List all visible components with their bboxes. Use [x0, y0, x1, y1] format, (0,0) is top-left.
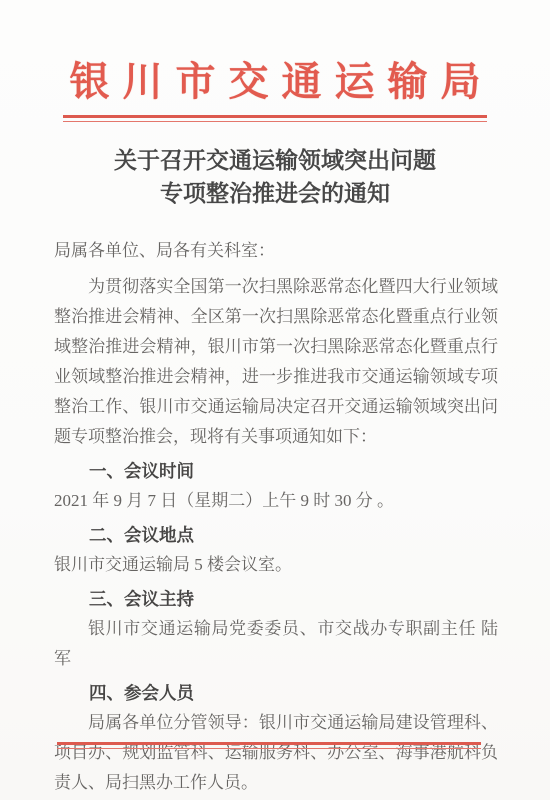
document-page: 银川市交通运输局 关于召开交通运输领域突出问题 专项整治推进会的通知 局属各单位… — [0, 0, 550, 800]
salutation: 局属各单位、局各有关科室： — [54, 236, 498, 266]
section-body-meeting-time: 2021 年 9 月 7 日（星期二）上午 9 时 30 分 。 — [54, 486, 498, 516]
doc-title: 关于召开交通运输领域突出问题 专项整治推进会的通知 — [0, 144, 550, 210]
doc-title-line-1: 关于召开交通运输领域突出问题 — [0, 144, 550, 177]
intro-paragraph: 为贯彻落实全国第一次扫黑除恶常态化暨四大行业领域整治推进会精神、全区第一次扫黑除… — [54, 272, 498, 452]
section-heading-meeting-place: 二、会议地点 — [54, 520, 498, 550]
org-header-title: 银川市交通运输局 — [0, 0, 550, 107]
header-divider-rule — [63, 115, 487, 122]
section-heading-meeting-time: 一、会议时间 — [54, 456, 498, 486]
section-meeting-time: 一、会议时间 2021 年 9 月 7 日（星期二）上午 9 时 30 分 。 — [54, 456, 498, 516]
footer-divider-rule — [57, 742, 481, 749]
section-meeting-host: 三、会议主持 银川市交通运输局党委委员、市交战办专职副主任 陆军 — [54, 584, 498, 674]
doc-title-line-2: 专项整治推进会的通知 — [0, 177, 550, 210]
section-heading-meeting-host: 三、会议主持 — [54, 584, 498, 614]
section-body-participants: 局属各单位分管领导：银川市交通运输局建设管理科、项目办、规划监管科、运输服务科、… — [54, 708, 498, 798]
section-body-meeting-host: 银川市交通运输局党委委员、市交战办专职副主任 陆军 — [54, 614, 498, 674]
document-body: 局属各单位、局各有关科室： 为贯彻落实全国第一次扫黑除恶常态化暨四大行业领域整治… — [54, 236, 498, 798]
section-participants: 四、参会人员 局属各单位分管领导：银川市交通运输局建设管理科、项目办、规划监管科… — [54, 678, 498, 798]
section-heading-participants: 四、参会人员 — [54, 678, 498, 708]
section-meeting-place: 二、会议地点 银川市交通运输局 5 楼会议室。 — [54, 520, 498, 580]
section-body-meeting-place: 银川市交通运输局 5 楼会议室。 — [54, 550, 498, 580]
